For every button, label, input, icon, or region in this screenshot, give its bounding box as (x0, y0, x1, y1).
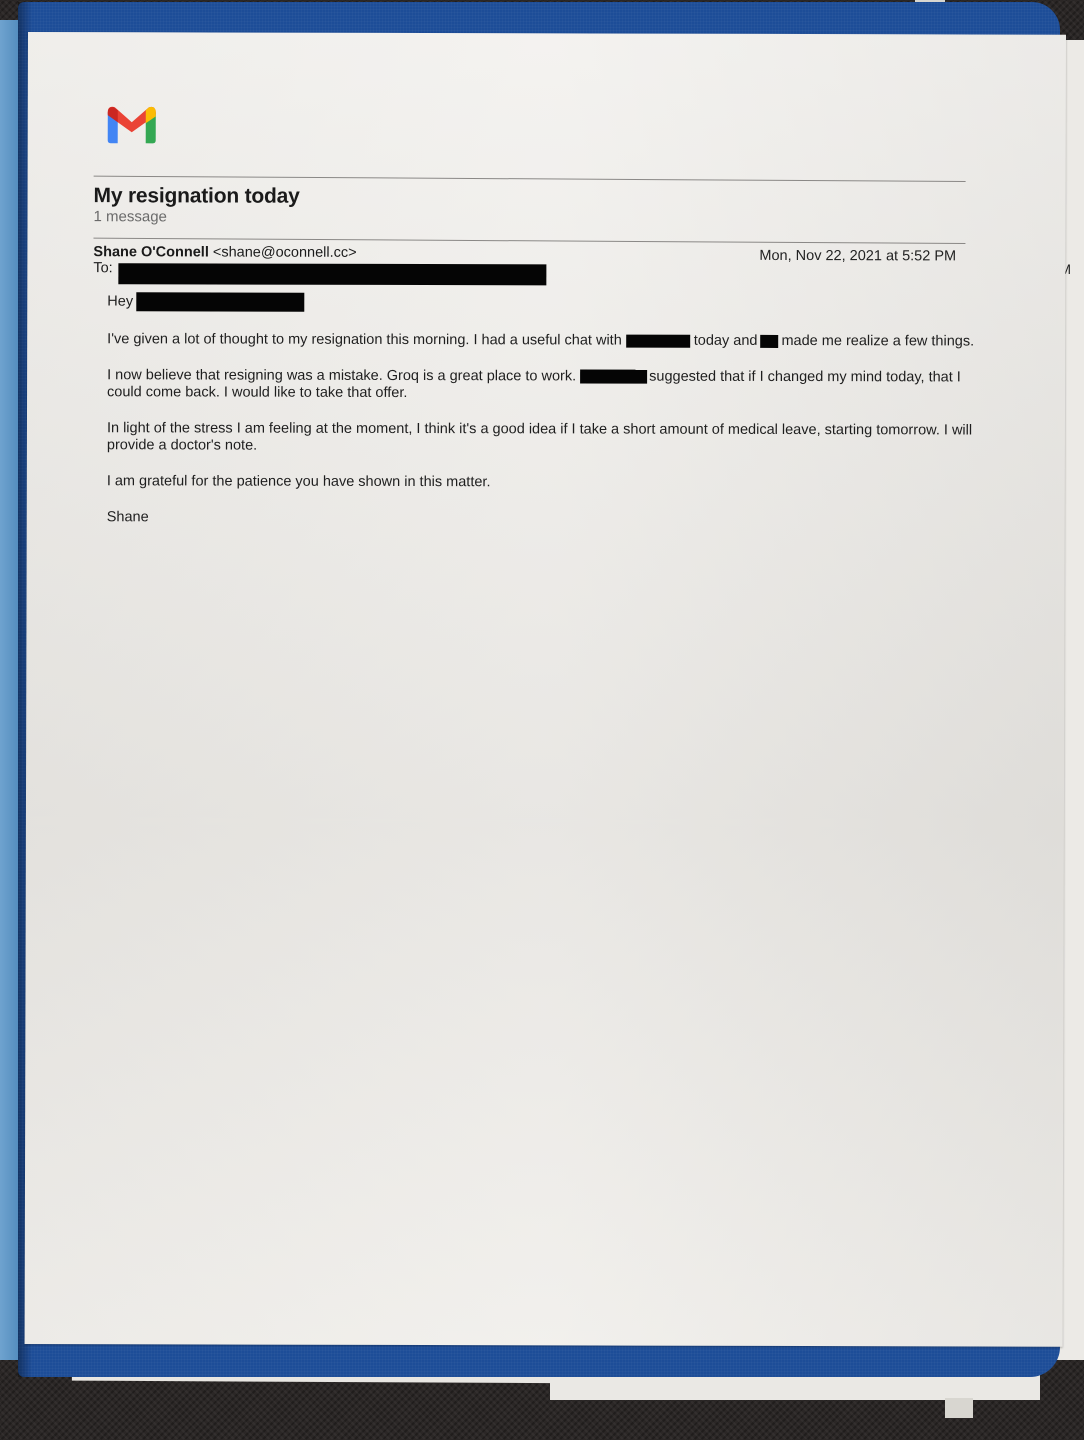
message-count: 1 message (93, 208, 166, 225)
header-divider (93, 238, 965, 244)
sender-email: <shane@oconnell.cc> (213, 244, 357, 260)
to-label: To: (93, 260, 112, 276)
paragraph-2: I now believe that resigning was a mista… (107, 367, 977, 403)
sender-line: Shane O'Connell <shane@oconnell.cc> (93, 244, 356, 261)
paragraph-text: I've given a lot of thought to my resign… (107, 331, 622, 348)
redacted-recipient (118, 263, 546, 285)
paragraph-text: made me realize a few things. (781, 333, 974, 350)
paper-tab (945, 1398, 973, 1418)
gmail-logo-icon (106, 104, 158, 144)
redacted-name (136, 292, 304, 311)
paragraph-1: I've given a lot of thought to my resign… (107, 331, 977, 350)
paragraph-text: today and (694, 333, 758, 349)
signature: Shane (107, 509, 977, 528)
email-date: Mon, Nov 22, 2021 at 5:52 PM (759, 248, 956, 265)
redacted-pronoun (760, 335, 778, 348)
greeting: Hey (107, 292, 977, 313)
header-divider (94, 176, 966, 182)
redacted-name (626, 334, 690, 347)
sender-name: Shane O'Connell (93, 244, 208, 260)
email-body: Hey I've given a lot of thought to my re… (107, 292, 978, 547)
redacted-name (580, 370, 647, 384)
paragraph-text: I now believe that resigning was a mista… (107, 367, 576, 384)
paragraph-4: I am grateful for the patience you have … (107, 473, 977, 492)
email-subject: My resignation today (94, 184, 300, 209)
printed-email-page: My resignation today 1 message Shane O'C… (25, 32, 1066, 1347)
greeting-text: Hey (107, 294, 133, 310)
paragraph-3: In light of the stress I am feeling at t… (107, 420, 977, 456)
